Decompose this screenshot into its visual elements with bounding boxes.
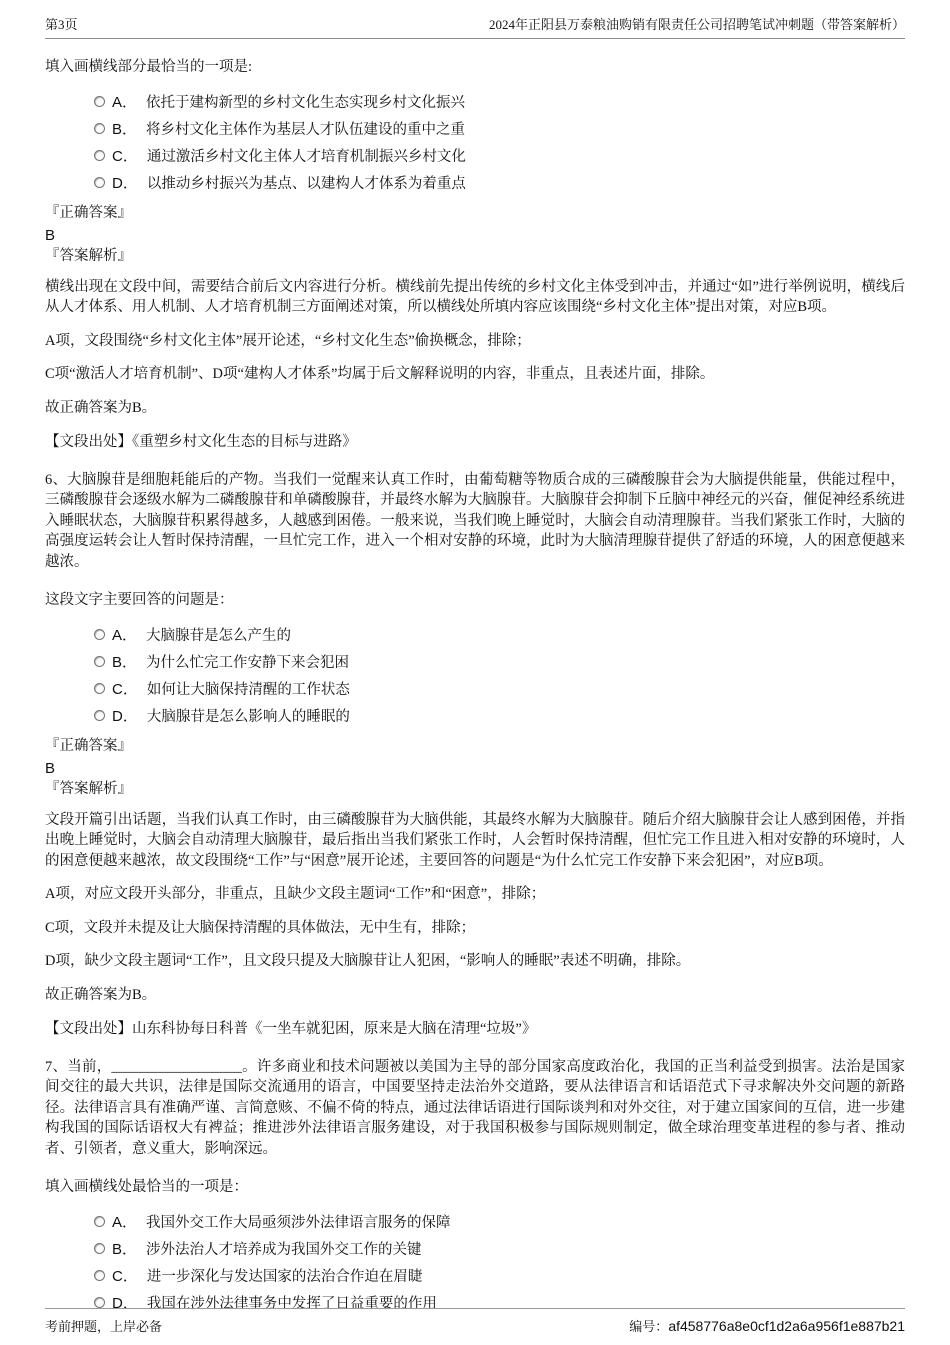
q5-option-a[interactable]: A． 依托于建构新型的乡村文化生态实现乡村文化振兴	[45, 88, 905, 115]
radio-button[interactable]	[94, 1297, 105, 1308]
q5-conclusion: 故正确答案为B。	[45, 398, 905, 419]
q5-source: 【文段出处】《重塑乡村文化生态的目标与进路》	[45, 432, 905, 453]
q6-conclusion: 故正确答案为B。	[45, 985, 905, 1006]
option-text: 大脑腺苷是怎么影响人的睡眠的	[147, 705, 350, 726]
option-letter: D．	[112, 172, 138, 193]
option-letter: B．	[112, 651, 137, 672]
correct-answer-label: 『正确答案』	[45, 203, 905, 225]
q7-option-b[interactable]: B． 涉外法治人才培养成为我国外交工作的关键	[45, 1235, 905, 1262]
q6-analysis-a: A项，对应文段开头部分，非重点，且缺少文段主题词“工作”和“困意”，排除；	[45, 884, 905, 905]
option-letter: A．	[112, 624, 137, 645]
option-text: 以推动乡村振兴为基点、以建构人才体系为着重点	[147, 172, 466, 193]
q6-options: A． 大脑腺苷是怎么产生的 B． 为什么忙完工作安静下来会犯困 C． 如何让大脑…	[45, 621, 905, 729]
serial-label: 编号：	[629, 1319, 668, 1334]
q7-option-a[interactable]: A． 我国外交工作大局亟须涉外法律语言服务的保障	[45, 1208, 905, 1235]
q6-source: 【文段出处】山东科协每日科普《一坐车就犯困，原来是大脑在清理“垃圾”》	[45, 1019, 905, 1040]
option-letter: A．	[112, 91, 137, 112]
option-text: 将乡村文化主体作为基层人才队伍建设的重中之重	[146, 118, 465, 139]
serial-value: af458776a8e0cf1d2a6a956f1e887b21	[668, 1318, 905, 1334]
correct-answer-value: B	[45, 758, 905, 780]
page-footer: 考前押题，上岸必备 编号：af458776a8e0cf1d2a6a956f1e8…	[45, 1308, 905, 1335]
option-text: 我国外交工作大局亟须涉外法律语言服务的保障	[146, 1211, 451, 1232]
radio-button[interactable]	[94, 1270, 105, 1281]
radio-button[interactable]	[94, 629, 105, 640]
q5-answer-block: 『正确答案』 B 『答案解析』	[45, 203, 905, 268]
radio-button[interactable]	[94, 1243, 105, 1254]
option-text: 通过激活乡村文化主体人才培育机制振兴乡村文化	[147, 145, 466, 166]
option-letter: C．	[112, 1265, 138, 1286]
q6-option-d[interactable]: D． 大脑腺苷是怎么影响人的睡眠的	[45, 702, 905, 729]
q7-option-c[interactable]: C． 进一步深化与发达国家的法治合作迫在眉睫	[45, 1262, 905, 1289]
q5-analysis-main: 横线出现在文段中间，需要结合前后文内容进行分析。横线前先提出传统的乡村文化主体受…	[45, 277, 905, 318]
analysis-label: 『答案解析』	[45, 779, 905, 801]
q6-analysis-main: 文段开篇引出话题，当我们认真工作时，由三磷酸腺苷为大脑供能，其最终水解为大脑腺苷…	[45, 810, 905, 872]
q5-options: A． 依托于建构新型的乡村文化生态实现乡村文化振兴 B． 将乡村文化主体作为基层…	[45, 88, 905, 196]
page-header: 第3页 2024年正阳县万泰粮油购销有限责任公司招聘笔试冲刺题（带答案解析）	[45, 0, 905, 39]
option-text: 涉外法治人才培养成为我国外交工作的关键	[146, 1238, 422, 1259]
radio-button[interactable]	[94, 656, 105, 667]
q5-analysis-a: A项，文段围绕“乡村文化主体”展开论述，“乡村文化生态”偷换概念，排除；	[45, 331, 905, 352]
q7-prompt: 填入画横线处最恰当的一项是：	[45, 1177, 905, 1198]
q6-answer-block: 『正确答案』 B 『答案解析』	[45, 736, 905, 801]
correct-answer-label: 『正确答案』	[45, 736, 905, 758]
q5-option-c[interactable]: C． 通过激活乡村文化主体人才培育机制振兴乡村文化	[45, 142, 905, 169]
analysis-label: 『答案解析』	[45, 246, 905, 268]
q6-body: 6、大脑腺苷是细胞耗能后的产物。当我们一觉醒来认真工作时，由葡萄糖等物质合成的三…	[45, 470, 905, 573]
q6-option-b[interactable]: B． 为什么忙完工作安静下来会犯困	[45, 648, 905, 675]
option-letter: D．	[112, 705, 138, 726]
option-letter: B．	[112, 1238, 137, 1259]
radio-button[interactable]	[94, 177, 105, 188]
radio-button[interactable]	[94, 123, 105, 134]
option-text: 为什么忙完工作安静下来会犯困	[146, 651, 349, 672]
document-title: 2024年正阳县万泰粮油购销有限责任公司招聘笔试冲刺题（带答案解析）	[489, 14, 905, 33]
q6-analysis-c: C项，文段并未提及让大脑保持清醒的具体做法，无中生有，排除；	[45, 918, 905, 939]
footer-serial: 编号：af458776a8e0cf1d2a6a956f1e887b21	[629, 1316, 905, 1335]
q6-option-c[interactable]: C． 如何让大脑保持清醒的工作状态	[45, 675, 905, 702]
correct-answer-value: B	[45, 225, 905, 247]
page-body: 填入画横线部分最恰当的一项是: A． 依托于建构新型的乡村文化生态实现乡村文化振…	[0, 57, 950, 1316]
radio-button[interactable]	[94, 710, 105, 721]
q5-prompt: 填入画横线部分最恰当的一项是:	[45, 57, 905, 78]
q5-option-d[interactable]: D． 以推动乡村振兴为基点、以建构人才体系为着重点	[45, 169, 905, 196]
option-text: 如何让大脑保持清醒的工作状态	[147, 678, 350, 699]
q7-body: 7、当前，__________________。许多商业和技术问题被以美国为主导…	[45, 1057, 905, 1160]
q7-options: A． 我国外交工作大局亟须涉外法律语言服务的保障 B． 涉外法治人才培养成为我国…	[45, 1208, 905, 1316]
radio-button[interactable]	[94, 683, 105, 694]
radio-button[interactable]	[94, 1216, 105, 1227]
option-text: 进一步深化与发达国家的法治合作迫在眉睫	[147, 1265, 423, 1286]
q5-option-b[interactable]: B． 将乡村文化主体作为基层人才队伍建设的重中之重	[45, 115, 905, 142]
option-letter: A．	[112, 1211, 137, 1232]
option-letter: C．	[112, 678, 138, 699]
footer-slogan: 考前押题，上岸必备	[45, 1316, 162, 1335]
option-letter: C．	[112, 145, 138, 166]
option-letter: B．	[112, 118, 137, 139]
q5-analysis-cd: C项“激活人才培育机制”、D项“建构人才体系”均属于后文解释说明的内容，非重点，…	[45, 364, 905, 385]
q6-prompt: 这段文字主要回答的问题是：	[45, 590, 905, 611]
page-number: 第3页	[45, 14, 78, 33]
q6-analysis-d: D项，缺少文段主题词“工作”，且文段只提及大脑腺苷让人犯困，“影响人的睡眠”表述…	[45, 951, 905, 972]
option-text: 依托于建构新型的乡村文化生态实现乡村文化振兴	[146, 91, 465, 112]
option-text: 大脑腺苷是怎么产生的	[146, 624, 291, 645]
q6-option-a[interactable]: A． 大脑腺苷是怎么产生的	[45, 621, 905, 648]
radio-button[interactable]	[94, 96, 105, 107]
radio-button[interactable]	[94, 150, 105, 161]
